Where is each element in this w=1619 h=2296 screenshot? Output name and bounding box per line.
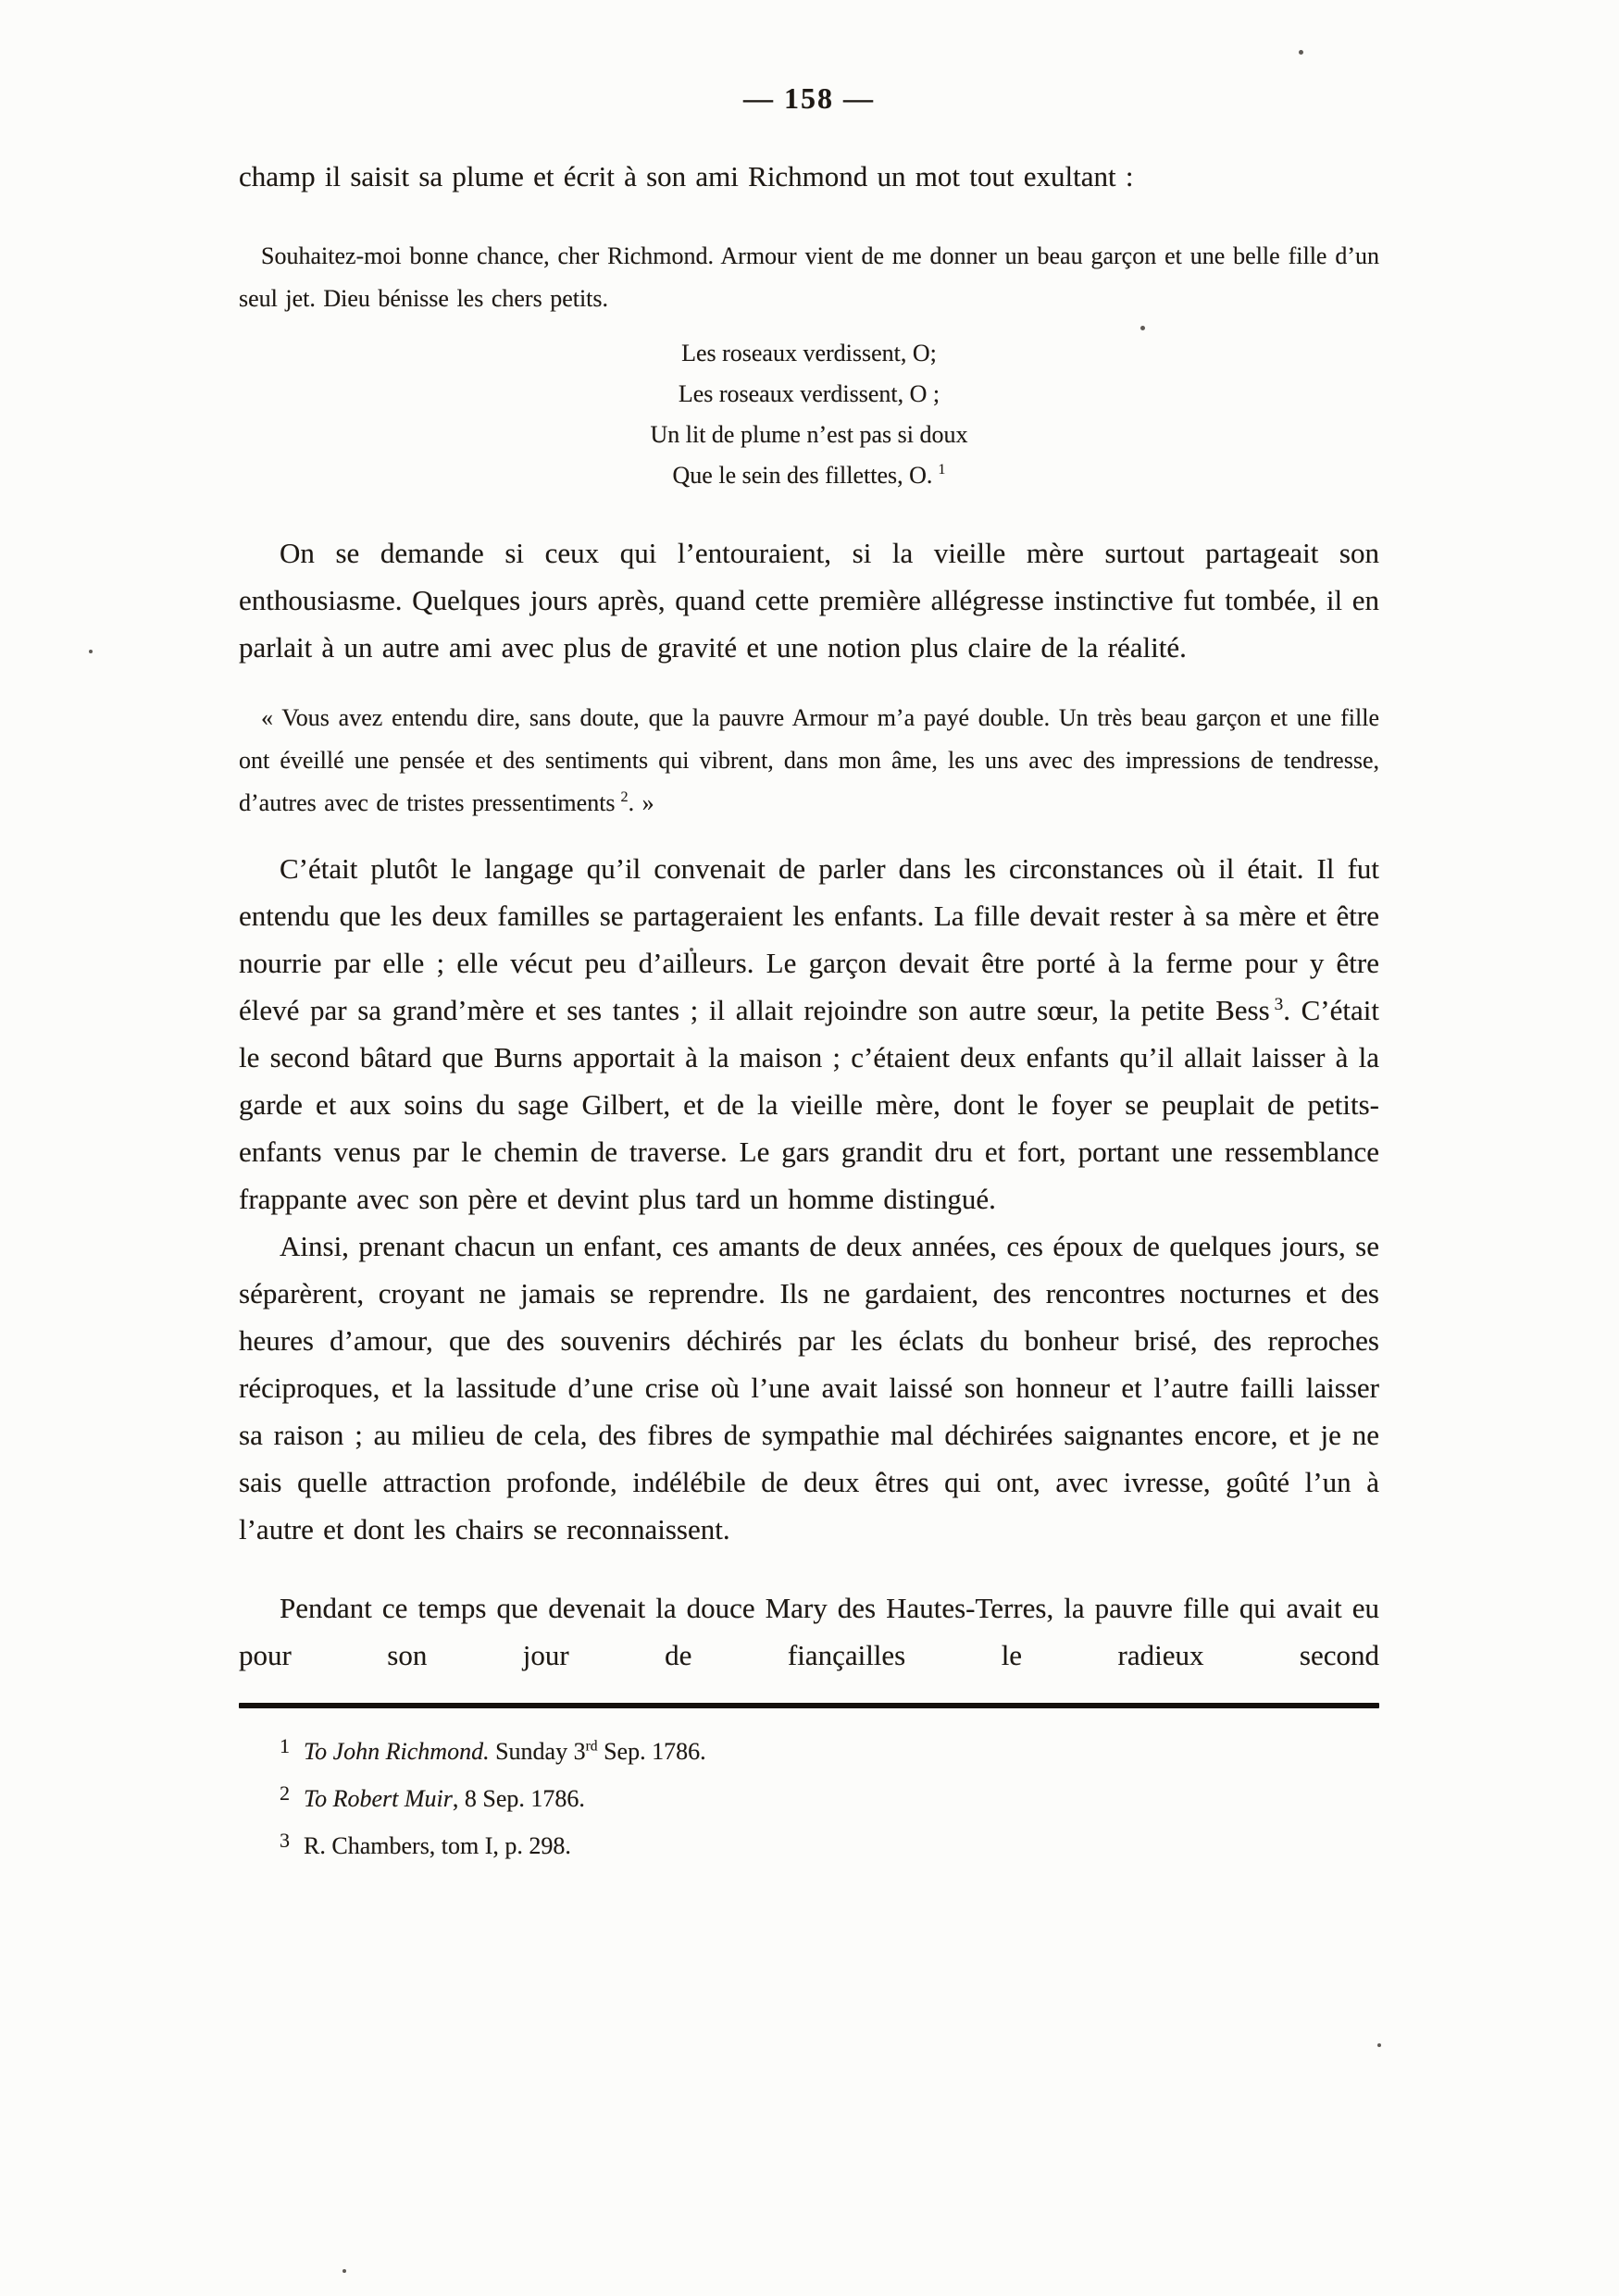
footnote: 1To John Richmond. Sunday 3rd Sep. 1786. [280,1729,1379,1776]
letter-quote-muir: « Vous avez entendu dire, sans doute, qu… [239,697,1379,825]
verse-line: Un lit de plume n’est pas si doux [239,415,1379,455]
footnote-text: Sunday 3 [490,1738,586,1765]
verse-line: Les roseaux verdissent, O; [239,333,1379,374]
verse: Les roseaux verdissent, O; Les roseaux v… [239,333,1379,496]
verse-line: Que le sein des fillettes, O.1 [239,455,1379,496]
footnote-text: , 8 Sep. 1786. [453,1785,585,1812]
page-number: — 158 — [239,81,1379,116]
scan-speck [342,2269,346,2273]
footnote-source: To Robert Muir [304,1785,453,1812]
footnotes: 1To John Richmond. Sunday 3rd Sep. 1786.… [239,1729,1379,1870]
scan-speck [89,650,93,653]
footnote-text: Sep. 1786. [598,1738,706,1765]
footnote-text: R. Chambers, tom I, p. 298. [304,1832,571,1859]
scan-speck [1377,2043,1381,2047]
paragraph: On se demande si ceux qui l’entouraient,… [239,529,1379,671]
footnote-marker: 3 [280,1829,290,1852]
verse-line: Les roseaux verdissent, O ; [239,374,1379,415]
footnote-rule [239,1703,1379,1708]
paragraph: Pendant ce temps que devenait la douce M… [239,1584,1379,1679]
footnote-marker: 2 [280,1781,290,1805]
footnote-ref-2: 2 [621,789,629,805]
book-page: — 158 — champ il saisit sa plume et écri… [0,0,1619,2296]
footnote-source: To John Richmond. [304,1738,490,1765]
paragraph: Ainsi, prenant chacun un enfant, ces ama… [239,1222,1379,1553]
paragraph-opening: champ il saisit sa plume et écrit à son … [239,153,1379,200]
footnote-marker: 1 [280,1734,290,1757]
verse-line-text: Que le sein des fillettes, O. [673,462,933,489]
footnote: 3R. Chambers, tom I, p. 298. [280,1823,1379,1870]
scan-speck [1299,50,1303,55]
paragraph-text: . C’était le second bâtard que Burns app… [239,994,1379,1215]
footnote-ref-3: 3 [1275,995,1284,1014]
footnote: 2To Robert Muir, 8 Sep. 1786. [280,1776,1379,1823]
paragraph-text: C’était plutôt le langage qu’il convenai… [239,852,1379,1026]
ordinal-suffix: rd [586,1738,598,1754]
paragraph: C’était plutôt le langage qu’il convenai… [239,845,1379,1222]
letter-quote-richmond: Souhaitez-moi bonne chance, cher Richmon… [239,235,1379,320]
footnote-ref-1: 1 [938,462,945,478]
quote-text-end: . » [629,789,654,816]
quote-text: « Vous avez entendu dire, sans doute, qu… [239,704,1379,816]
text-block: — 158 — champ il saisit sa plume et écri… [239,81,1379,1870]
